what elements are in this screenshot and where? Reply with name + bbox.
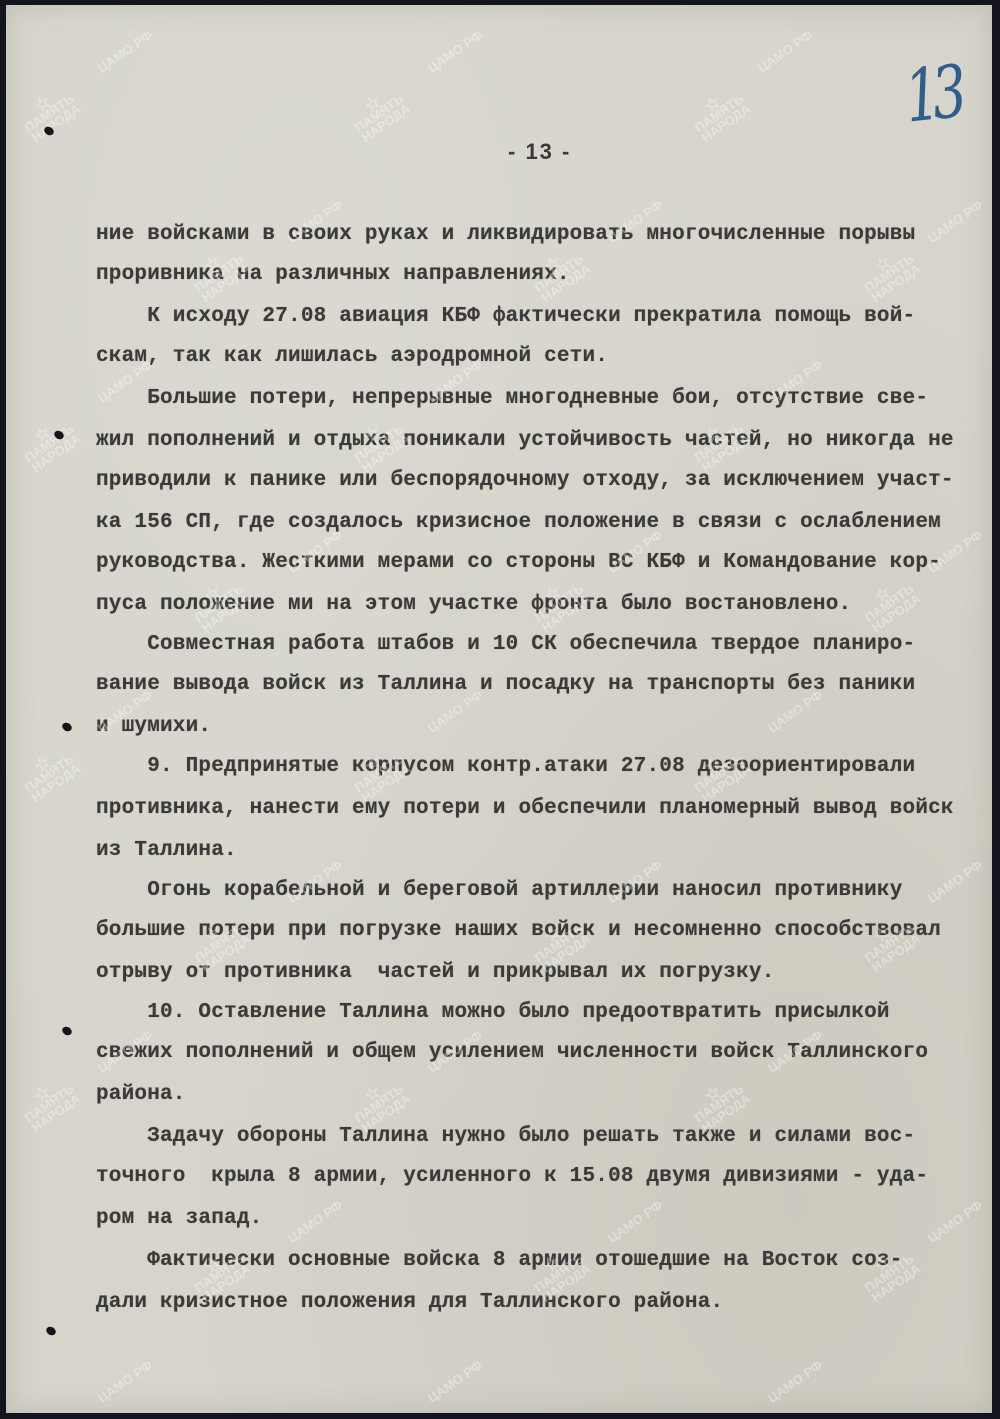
- archive-watermark: ЦАМО РФ: [286, 1199, 345, 1245]
- text-line: Фактически основные войска 8 армии отоше…: [96, 1249, 903, 1272]
- text-line: большие потери при погрузке наших войск …: [96, 919, 941, 942]
- text-line: и шумихи.: [96, 715, 211, 738]
- text-line: свежих пополнений и общем усилением числ…: [96, 1041, 928, 1064]
- text-line: района.: [96, 1083, 186, 1106]
- handwritten-page-number: 13: [901, 49, 963, 138]
- archive-watermark: ЦАМО РФ: [756, 29, 815, 75]
- text-line: руководства. Жесткими мерами со стороны …: [96, 551, 941, 574]
- punch-hole: [45, 1325, 58, 1337]
- text-line: скам, так как лишилась аэродромной сети.: [96, 345, 608, 368]
- text-line: из Таллина.: [96, 839, 237, 862]
- text-line: дали кризистное положения для Таллинског…: [96, 1291, 723, 1314]
- text-line: жил пополнений и отдыха поникали устойчи…: [96, 429, 954, 452]
- star-icon: ☆: [16, 83, 69, 125]
- archive-watermark: ЦАМО РФ: [926, 1199, 985, 1245]
- text-line: Задачу обороны Таллина нужно было решать…: [96, 1125, 915, 1148]
- memory-of-people-watermark: ☆ПАМЯТЬНАРОДА: [856, 573, 923, 635]
- text-line: Огонь корабельной и береговой артиллерии…: [96, 879, 903, 902]
- memory-of-people-watermark: ☆ПАМЯТЬНАРОДА: [16, 413, 83, 475]
- text-line: 9. Предпринятые корпусом контр.атаки 27.…: [96, 755, 915, 778]
- archive-watermark: ЦАМО РФ: [426, 1359, 485, 1405]
- text-line: пуса положение ми на этом участке фронта…: [96, 593, 851, 616]
- text-line: приводили к панике или беспорядочному от…: [96, 469, 954, 492]
- punch-hole: [61, 721, 74, 733]
- text-line: Большие потери, непрерывные многодневные…: [96, 387, 928, 410]
- star-icon: ☆: [856, 243, 909, 285]
- archive-watermark: ЦАМО РФ: [96, 29, 155, 75]
- archive-watermark: ЦАМО РФ: [926, 199, 985, 245]
- star-icon: ☆: [346, 83, 399, 125]
- text-line: ром на запад.: [96, 1207, 262, 1230]
- text-line: 10. Оставление Таллина можно было предоо…: [96, 1001, 890, 1024]
- archive-watermark: ЦАМО РФ: [426, 29, 485, 75]
- document-page: 13 - 13 - ние войсками в своих руках и л…: [6, 5, 992, 1413]
- text-line: Совместная работа штабов и 10 СК обеспеч…: [96, 633, 915, 656]
- punch-hole: [61, 1025, 74, 1037]
- memory-of-people-watermark: ☆ПАМЯТЬНАРОДА: [16, 743, 83, 805]
- memory-of-people-watermark: ☆ПАМЯТЬНАРОДА: [856, 243, 923, 305]
- star-icon: ☆: [856, 573, 909, 615]
- text-line: проривника на различных направлениях.: [96, 263, 570, 286]
- archive-watermark: ЦАМО РФ: [926, 859, 985, 905]
- memory-of-people-watermark: ☆ПАМЯТЬНАРОДА: [686, 83, 753, 145]
- memory-of-people-watermark: ☆ПАМЯТЬНАРОДА: [346, 83, 413, 145]
- star-icon: ☆: [686, 83, 739, 125]
- archive-watermark: ЦАМО РФ: [96, 1359, 155, 1405]
- punch-hole: [53, 429, 66, 441]
- archive-watermark: ЦАМО РФ: [766, 1359, 825, 1405]
- text-line: ние войсками в своих руках и ликвидирова…: [96, 223, 915, 246]
- archive-watermark: ЦАМО РФ: [606, 1199, 665, 1245]
- text-line: ка 156 СП, где создалось кризисное полож…: [96, 511, 941, 534]
- punch-hole: [43, 125, 56, 137]
- text-line: противника, нанести ему потери и обеспеч…: [96, 797, 954, 820]
- star-icon: ☆: [16, 1073, 69, 1115]
- typed-page-number: - 13 -: [508, 139, 571, 165]
- text-line: К исходу 27.08 авиация КБФ фактически пр…: [96, 305, 915, 328]
- text-line: отрыву от противника частей и прикрывал …: [96, 961, 775, 984]
- star-icon: ☆: [346, 1073, 399, 1115]
- memory-of-people-watermark: ☆ПАМЯТЬНАРОДА: [16, 1073, 83, 1135]
- star-icon: ☆: [686, 1073, 739, 1115]
- text-line: точного крыла 8 армии, усиленного к 15.0…: [96, 1165, 928, 1188]
- text-line: вание вывода войск из Таллина и посадку …: [96, 673, 915, 696]
- star-icon: ☆: [16, 743, 69, 785]
